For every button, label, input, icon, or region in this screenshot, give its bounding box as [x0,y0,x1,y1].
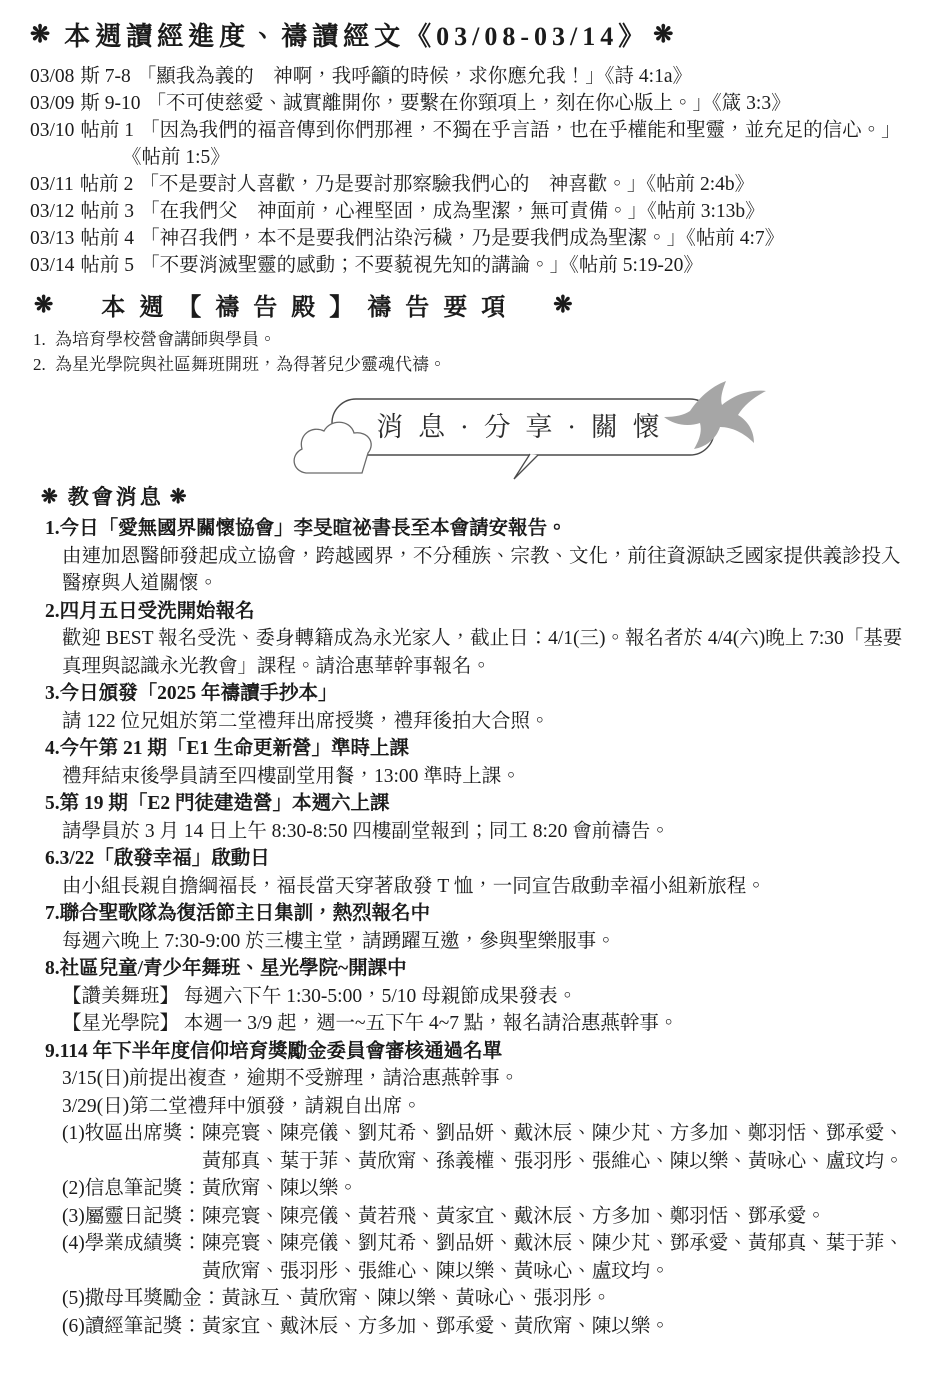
scripture-row: 03/09斯 9-10「不可使慈愛、誠實離開你，要繫在你頸項上，刻在你心版上。」… [30,90,905,117]
scripture-quote: 「不可使慈愛、誠實離開你，要繫在你頸項上，刻在你心版上。」《箴 3:3》 [147,93,791,114]
scripture-book: 帖前 4 [80,228,134,249]
news-item-heading: 9. 114 年下半年度信仰培育獎勵金委員會審核通過名單 [45,1038,905,1066]
scripture-date: 03/11 [30,174,74,195]
news-item-heading-text: 社區兒童/青少年舞班、星光學院~開課中 [60,955,407,983]
news-item-heading-text: 今午第 21 期「E1 生命更新營」準時上課 [60,735,409,763]
scripture-date: 03/13 [30,228,74,249]
scripture-row: 03/10帖前 1「因為我們的福音傳到你們那裡，不獨在乎言語，也在乎權能和聖靈，… [30,117,905,144]
award-names: 黃家宜、戴沐辰、方多加、鄧承愛、黃欣甯、陳以樂。 [202,1313,905,1341]
news-item-body: 【讚美舞班】 每週六下午 1:30-5:00，5/10 母親節成果發表。 [62,983,905,1011]
award-label: (5)撒母耳獎勵金： [62,1285,221,1313]
news-item-heading: 8. 社區兒童/青少年舞班、星光學院~開課中 [45,955,905,983]
news-item-number: 1. [45,515,60,543]
news-item-number: 5. [45,790,60,818]
news-item-body: 歡迎 BEST 報名受洗、委身轉籍成為永光家人，截止日：4/1(三)。報名者於 … [62,625,905,680]
award-label: (1)牧區出席獎： [62,1120,202,1175]
news-item-number: 2. [45,598,60,626]
news-item-heading-text: 第 19 期「E2 門徒建造營」本週六上課 [60,790,390,818]
news-item-number: 6. [45,845,60,873]
news-item-heading: 3. 今日頒發「2025 年禱讀手抄本」 [45,680,905,708]
scripture-book: 斯 9-10 [80,93,140,114]
news-item-heading: 5. 第 19 期「E2 門徒建造營」本週六上課 [45,790,905,818]
prayer-title-text: 本週【禱告殿】禱告要項 [101,287,519,322]
award-names: 陳亮寰、陳亮儀、黃若飛、黃家宜、戴沐辰、方多加、鄭羽恬、鄧承愛。 [202,1203,905,1231]
prayer-list: 1. 為培育學校營會講師與學員。 2. 為星光學院與社區舞班開班，為得著兒少靈魂… [33,328,905,377]
news-item-body: 請學員於 3 月 14 日上午 8:30-8:50 四樓副堂報到；同工 8:20… [62,818,905,846]
award-row: (3)屬靈日記獎： 陳亮寰、陳亮儀、黃若飛、黃家宜、戴沐辰、方多加、鄭羽恬、鄧承… [62,1203,905,1231]
news-item: 7. 聯合聖歌隊為復活節主日集訓，熱烈報名中 每週六晚上 7:30-9:00 於… [45,900,905,955]
news-item-heading-text: 114 年下半年度信仰培育獎勵金委員會審核通過名單 [60,1038,503,1066]
news-banner: 消 息 · 分 享 · 關 懷 [292,381,770,481]
scripture-row: 03/14帖前 5「不要消滅聖靈的感動；不要藐視先知的講論。」《帖前 5:19-… [30,252,905,279]
news-item-number: 9. [45,1038,60,1066]
news-item-heading-text: 四月五日受洗開始報名 [60,598,255,626]
news-item-body: 【星光學院】 本週一 3/9 起，週一~五下午 4~7 點，報名請洽惠燕幹事。 [62,1010,905,1038]
news-item-heading-text: 3/22「啟發幸福」啟動日 [60,845,270,873]
scripture-row: 03/11帖前 2「不是要討人喜歡，乃是要討那察驗我們心的 神喜歡。」《帖前 2… [30,171,905,198]
news-item-heading: 7. 聯合聖歌隊為復活節主日集訓，熱烈報名中 [45,900,905,928]
news-item-body: 請 122 位兄姐於第二堂禮拜出席授獎，禮拜後拍大合照。 [62,708,905,736]
news-item-body: 由小組長親自擔綱福長，福長當天穿著啟發 T 恤，一同宣告啟動幸福小組新旅程。 [62,873,905,901]
news-item-body: 3/29(日)第二堂禮拜中頒發，請親自出席。 [62,1093,905,1121]
asterisk-flower-icon: ❋ [30,20,50,49]
news-list: 1. 今日「愛無國界關懷協會」李旻暄祕書長至本會請安報告。 由連加恩醫師發起成立… [45,515,905,1340]
award-row: (4)學業成績獎： 陳亮寰、陳亮儀、劉芃希、劉品妍、戴沐辰、陳少芃、鄧承愛、黃郁… [62,1230,905,1285]
scripture-date: 03/12 [30,201,74,222]
award-names: 黃詠互、黃欣甯、陳以樂、黃咏心、張羽彤。 [221,1285,905,1313]
news-item-heading-text: 聯合聖歌隊為復活節主日集訓，熱烈報名中 [60,900,431,928]
banner-title-text: 消 息 · 分 享 · 關 懷 [376,412,663,442]
award-names: 陳亮寰、陳亮儀、劉芃希、劉品妍、戴沐辰、陳少芃、方多加、鄭羽恬、鄧承愛、黃郁真、… [202,1120,905,1175]
scripture-row: 03/08斯 7-8「顯我為義的 神啊，我呼籲的時候，求你應允我！」《詩 4:1… [30,63,905,90]
scripture-book: 帖前 2 [80,174,134,195]
scripture-quote: 「顯我為義的 神啊，我呼籲的時候，求你應允我！」《詩 4:1a》 [137,66,692,87]
news-item-body: 由連加恩醫師發起成立協會，跨越國界，不分種族、宗教、文化，前往資源缺乏國家提供義… [62,543,905,598]
scripture-quote: 「不要消滅聖靈的感動；不要藐視先知的講論。」《帖前 5:19-20》 [140,255,703,276]
news-item-body: 禮拜結束後學員請至四樓副堂用餐，13:00 準時上課。 [62,763,905,791]
scripture-reference-line: 《帖前 1:5》 [122,144,905,171]
scripture-book: 帖前 1 [80,120,134,141]
news-item: 1. 今日「愛無國界關懷協會」李旻暄祕書長至本會請安報告。 由連加恩醫師發起成立… [45,515,905,598]
news-item: 5. 第 19 期「E2 門徒建造營」本週六上課 請學員於 3 月 14 日上午… [45,790,905,845]
news-item: 8. 社區兒童/青少年舞班、星光學院~開課中 【讚美舞班】 每週六下午 1:30… [45,955,905,1038]
scripture-quote: 「神召我們，本不是要我們沾染污穢，乃是要我們成為聖潔。」《帖前 4:7》 [140,228,784,249]
banner-graphic: 消 息 · 分 享 · 關 懷 [292,381,770,481]
news-item: 2. 四月五日受洗開始報名 歡迎 BEST 報名受洗、委身轉籍成為永光家人，截止… [45,598,905,681]
reading-section-title: ❋ 本週讀經進度、禱讀經文《03/08-03/14》 ❋ [30,16,905,53]
scripture-list: 03/08斯 7-8「顯我為義的 神啊，我呼籲的時候，求你應允我！」《詩 4:1… [30,63,905,279]
news-title-text: 教會消息 [68,481,164,511]
scripture-row: 03/12帖前 3「在我們父 神面前，心裡堅固，成為聖潔，無可責備。」《帖前 3… [30,198,905,225]
prayer-item-text: 為星光學院與社區舞班開班，為得著兒少靈魂代禱。 [55,353,446,378]
asterisk-flower-icon: ❋ [553,292,572,318]
scripture-row: 03/13帖前 4「神召我們，本不是要我們沾染污穢，乃是要我們成為聖潔。」《帖前… [30,225,905,252]
prayer-item: 1. 為培育學校營會講師與學員。 [33,328,905,353]
award-row: (6)讀經筆記獎： 黃家宜、戴沐辰、方多加、鄧承愛、黃欣甯、陳以樂。 [62,1313,905,1341]
news-section-title: ❋ 教會消息 ❋ [41,481,905,511]
prayer-item-text: 為培育學校營會講師與學員。 [55,328,276,353]
news-item-heading-text: 今日頒發「2025 年禱讀手抄本」 [60,680,338,708]
prayer-item-number: 1. [33,328,55,353]
scripture-date: 03/08 [30,66,74,87]
news-item: 4. 今午第 21 期「E1 生命更新營」準時上課 禮拜結束後學員請至四樓副堂用… [45,735,905,790]
news-item-number: 8. [45,955,60,983]
news-item: 6. 3/22「啟發幸福」啟動日 由小組長親自擔綱福長，福長當天穿著啟發 T 恤… [45,845,905,900]
prayer-item: 2. 為星光學院與社區舞班開班，為得著兒少靈魂代禱。 [33,353,905,378]
scripture-quote: 「因為我們的福音傳到你們那裡，不獨在乎言語，也在乎權能和聖靈，並充足的信心。」 [140,120,901,141]
asterisk-flower-icon: ❋ [653,20,673,49]
news-item-heading: 1. 今日「愛無國界關懷協會」李旻暄祕書長至本會請安報告。 [45,515,905,543]
news-item-heading: 4. 今午第 21 期「E1 生命更新營」準時上課 [45,735,905,763]
asterisk-flower-icon: ❋ [170,484,187,509]
news-item-number: 3. [45,680,60,708]
news-item-body: 每週六晚上 7:30-9:00 於三樓主堂，請踴躍互邀，參與聖樂服事。 [62,928,905,956]
award-row: (2)信息筆記獎： 黃欣甯、陳以樂。 [62,1175,905,1203]
award-label: (4)學業成績獎： [62,1230,202,1285]
news-item: 3. 今日頒發「2025 年禱讀手抄本」 請 122 位兄姐於第二堂禮拜出席授獎… [45,680,905,735]
news-item-heading: 6. 3/22「啟發幸福」啟動日 [45,845,905,873]
news-item-heading-text: 今日「愛無國界關懷協會」李旻暄祕書長至本會請安報告。 [60,515,567,543]
news-item: 9. 114 年下半年度信仰培育獎勵金委員會審核通過名單 3/15(日)前提出複… [45,1038,905,1341]
scripture-date: 03/09 [30,93,74,114]
award-label: (6)讀經筆記獎： [62,1313,202,1341]
award-names: 陳亮寰、陳亮儀、劉芃希、劉品妍、戴沐辰、陳少芃、鄧承愛、黃郁真、葉于菲、黃欣甯、… [202,1230,905,1285]
scripture-quote: 「在我們父 神面前，心裡堅固，成為聖潔，無可責備。」《帖前 3:13b》 [140,201,765,222]
award-label: (3)屬靈日記獎： [62,1203,202,1231]
award-label: (2)信息筆記獎： [62,1175,202,1203]
bulletin-page: ❋ 本週讀經進度、禱讀經文《03/08-03/14》 ❋ 03/08斯 7-8「… [0,0,931,1380]
award-names: 黃欣甯、陳以樂。 [202,1175,905,1203]
news-item-number: 7. [45,900,60,928]
news-item-heading: 2. 四月五日受洗開始報名 [45,598,905,626]
asterisk-flower-icon: ❋ [41,484,58,509]
scripture-book: 帖前 3 [80,201,134,222]
prayer-item-number: 2. [33,353,55,378]
news-item-number: 4. [45,735,60,763]
reading-title-text: 本週讀經進度、禱讀經文《03/08-03/14》 [64,16,649,53]
award-row: (5)撒母耳獎勵金： 黃詠互、黃欣甯、陳以樂、黃咏心、張羽彤。 [62,1285,905,1313]
scripture-date: 03/14 [30,255,74,276]
prayer-section-title: ❋ 本週【禱告殿】禱告要項 ❋ [34,287,905,322]
scripture-quote: 「不是要討人喜歡，乃是要討那察驗我們心的 神喜歡。」《帖前 2:4b》 [139,174,754,195]
award-row: (1)牧區出席獎： 陳亮寰、陳亮儀、劉芃希、劉品妍、戴沐辰、陳少芃、方多加、鄭羽… [62,1120,905,1175]
banner-tail [514,454,538,479]
scripture-book: 斯 7-8 [80,66,130,87]
scripture-book: 帖前 5 [80,255,134,276]
asterisk-flower-icon: ❋ [34,292,53,318]
scripture-date: 03/10 [30,120,74,141]
news-item-body: 3/15(日)前提出複查，逾期不受辦理，請洽惠燕幹事。 [62,1065,905,1093]
